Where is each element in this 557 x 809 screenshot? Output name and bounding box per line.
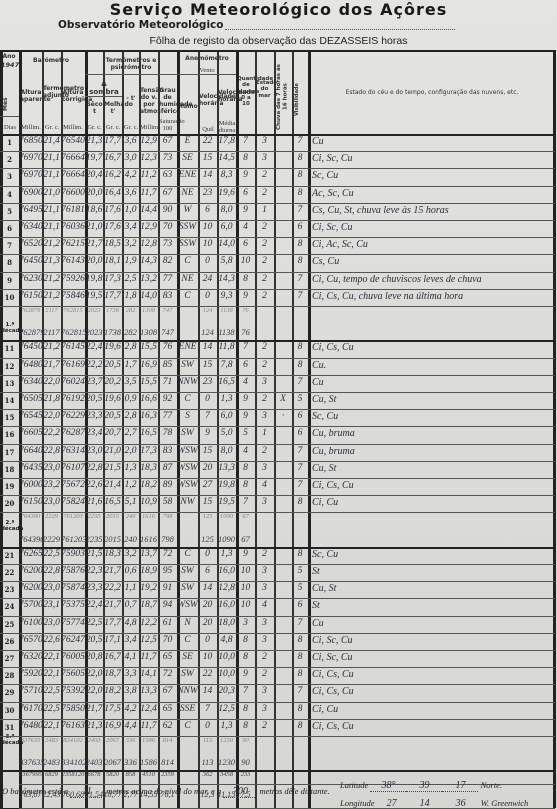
cell-term: 22,8 [42,566,61,576]
day-number: 10 [0,293,19,302]
cell-diff: 3,8 [122,686,139,696]
decade-sum: 1616 [139,534,158,544]
cell-nuv: 7 [236,686,255,696]
cell-molh: 20,7 [103,428,122,438]
decade-sum: 2403 [85,757,103,767]
cell-vel: 0 [198,291,217,301]
cell-nuv: 9 [236,170,255,180]
group-header-termometros: Termómetros e psicrómetro [86,58,176,72]
decade-sum-draft: 1738 [103,307,122,314]
cell-alt-ap: 76200 [19,583,42,593]
header-top-rule [0,50,555,52]
cell-seco: 18,6 [85,205,103,215]
sky-remark: Ci, Cs, Cu [312,721,354,732]
decade-sum-draft: 2117 [42,307,61,314]
cell-tensao: 13,7 [139,549,158,559]
cell-hum: 61 [158,618,177,628]
cell-vel: 6 [198,205,217,215]
decade-sum-draft: 837635 [19,737,42,744]
cell-vel2: 14,3 [217,274,236,284]
cell-alt-cor: 76600 [61,188,85,198]
day-number: 11 [0,344,19,353]
sky-remark: Cu, St [312,463,336,474]
cell-seco: 22,6 [85,480,103,490]
sky-remark: Ci, Ac, Sc, Cu [312,239,368,250]
cell-alt-cor: 75375 [61,600,85,610]
longitude-sec: 36 [443,798,479,809]
decade-sum-draft: 336 [122,737,139,744]
cell-vel: 7 [198,411,217,421]
cell-alt-cor: 75874 [61,583,85,593]
cell-molh: 17,7 [103,136,122,146]
cell-mar: 4 [255,480,274,490]
cell-hum: 78 [158,428,177,438]
decade-sum: 2117 [42,327,61,337]
decade-sum: 2229 [42,534,61,544]
cell-alt-ap: 76850 [19,136,42,146]
cell-alt-ap: 75920 [19,669,42,679]
decade-sum: 1090 [217,534,236,544]
cell-hum: 72 [158,549,177,559]
cell-vis: 8 [292,721,308,731]
cell-alt-cor: 76664 [61,153,85,163]
sky-remark: Ci, Cs, Cu [312,686,354,697]
decade-sum-draft: 762815 [61,307,85,314]
cell-diff: 2,8 [122,342,139,352]
observation-table: Ano 1947 Mês Dias Barómetro Altura apare… [0,50,557,766]
decade-sum: 2015 [103,534,122,544]
cell-nuv: 7 [236,342,255,352]
cell-diff: 3,5 [122,377,139,387]
cell-alt-ap: 76480 [19,721,42,731]
sky-remark: Cu, St [312,583,336,594]
month-total: 6678 [85,771,103,778]
cell-tensao: 12,5 [139,635,158,645]
cell-molh: 19,6 [103,394,122,404]
decade-sum-draft: 747 [158,307,177,314]
row-rule [0,667,555,668]
cell-nuv: 6 [236,360,255,370]
cell-diff: 3,4 [122,222,139,232]
sea-distance-field: 700 [223,786,257,798]
cell-tensao: 18,7 [139,600,158,610]
cell-seco: 21,3 [85,136,103,146]
cell-hum: 65 [158,652,177,662]
cell-mar: 2 [255,291,274,301]
cell-mar: 2 [255,394,274,404]
decade-sum: 240 [122,534,139,544]
col-header-visibilidade: Visibilidade [295,80,301,120]
day-number: 12 [0,362,19,371]
cell-term: 22,2 [42,428,61,438]
cell-diff: 2,5 [122,274,139,284]
cell-diff: 1,7 [122,360,139,370]
decade-sum-draft: 1230 [217,737,236,744]
cell-seco: 21,0 [85,222,103,232]
barometer-height-field: 11 [70,786,104,798]
decade-sum: 1138 [217,327,236,337]
cell-vel2: 5,8 [217,256,236,266]
latitude-min: 39 [406,780,442,792]
decade-sum-draft: 764390 [19,513,42,520]
cell-alt-ap: 75710 [19,686,42,696]
cell-term: 22,1 [42,652,61,662]
sky-remark: Cs, Cu [312,256,339,267]
cell-term: 23,1 [42,600,61,610]
cell-hum: 82 [158,256,177,266]
month-total: 5820 [103,771,122,778]
row-rule [0,220,555,221]
cell-mar: 2 [255,222,274,232]
day-number: 31 [0,723,19,732]
cell-alt-cor: 75876 [61,566,85,576]
sky-remark: Ci, Cu [312,497,338,508]
cell-mar: 1 [255,205,274,215]
day-number: 29 [0,688,19,697]
sky-remark: Cu [312,377,324,388]
decade-sum: 2023 [85,327,103,337]
decade-sum: 1586 [139,757,158,767]
cell-alt-cor: 76287 [61,428,85,438]
sky-remark: Sc, Cu [312,170,338,181]
cell-tensao: 12,3 [139,153,158,163]
cell-alt-cor: 76024 [61,377,85,387]
decade-sum-draft: 1616 [139,513,158,520]
cell-tensao: 16,9 [139,360,158,370]
cell-term: 22,5 [42,686,61,696]
month-total: 4510 [139,771,158,778]
row-rule [0,581,555,582]
cell-vis: 8 [292,170,308,180]
cell-vel: 20 [198,463,217,473]
row-rule [0,598,555,599]
row-rule [0,186,555,187]
cell-tensao: 12,9 [139,222,158,232]
sky-remark: Cs, Cu, St, chuva leve às 15 horas [312,205,449,216]
cell-seco: 20,4 [85,170,103,180]
decade-sum-draft: 113 [198,737,217,744]
cell-vis: 7 [292,274,308,284]
cell-hum: 73 [158,153,177,163]
cell-vel2: 13,3 [217,463,236,473]
decade-sum-draft: 76 [236,307,255,314]
cell-diff: 4,2 [122,170,139,180]
cell-rumo: SSW [177,239,198,249]
cell-tensao: 11,7 [139,721,158,731]
decade-sum: 814 [158,757,177,767]
month-total: 3458 [217,771,236,778]
col-header-velocidade: Velocidade horária [199,94,217,108]
cell-vel2: 1,3 [217,721,236,731]
observatory-name-blank [225,29,455,30]
row-rule [0,168,555,169]
cell-vel: 22 [198,136,217,146]
cell-vis: 7 [292,205,308,215]
cell-seco: 22,0 [85,686,103,696]
sky-remark: Cu, St [312,394,336,405]
sky-remark: Ci, Cu, tempo de chuviscos leves de chuv… [312,274,482,285]
decade-sum: 2483 [42,757,61,767]
cell-diff: 1,3 [122,463,139,473]
cell-nuv: 10 [236,600,255,610]
cell-alt-ap: 75700 [19,600,42,610]
cell-vel: 15 [198,446,217,456]
cell-molh: 21,7 [103,600,122,610]
cell-alt-ap: 76605 [19,428,42,438]
cell-hum: 72 [158,669,177,679]
cell-tensao: 14,3 [139,256,158,266]
cell-rumo: C [177,635,198,645]
cell-hum: 89 [158,480,177,490]
cell-diff: 3,3 [122,669,139,679]
cell-alt-ap: 76900 [19,188,42,198]
cell-rumo: WSW [177,446,198,456]
cell-vel2: 14,0 [217,239,236,249]
cell-tensao: 16,3 [139,411,158,421]
cell-tensao: 16,5 [139,428,158,438]
cell-rumo: NE [177,188,198,198]
decade-sum-draft: 2403 [85,737,103,744]
day-number: 6 [0,224,19,233]
decade-sum: 282 [122,327,139,337]
cell-rumo: SSW [177,222,198,232]
cell-seco: 21,7 [85,704,103,714]
cell-tensao: 11,2 [139,170,158,180]
unit-quil: Quil [199,126,217,133]
cell-hum: 77 [158,411,177,421]
cell-tensao: 13,3 [139,686,158,696]
cell-rumo: SW [177,360,198,370]
cell-molh: 18,5 [103,239,122,249]
day-number: 15 [0,413,19,422]
cell-diff: 0,7 [122,600,139,610]
cell-mar: 2 [255,256,274,266]
cell-vis: 8 [292,153,308,163]
cell-molh: 16,2 [103,170,122,180]
cell-seco: 22,5 [85,618,103,628]
decade-sum: 125 [198,534,217,544]
cell-mar: 3 [255,463,274,473]
unit-grc-2: Gr. c. [86,124,103,131]
group-header-anemometro: Anemómetro [178,56,236,63]
cell-hum: 85 [158,360,177,370]
cell-vis: 7 [292,618,308,628]
column-divider [274,50,276,808]
cell-term: 21,8 [42,394,61,404]
cell-vis: 7 [292,686,308,696]
cell-nuv: 9 [236,669,255,679]
cell-molh: 20,5 [103,411,122,421]
decade-sum-draft: 2067 [103,737,122,744]
cell-vel: 0 [198,256,217,266]
cell-alt-ap: 76435 [19,463,42,473]
decade-sum: 1308 [139,327,158,337]
cell-hum: 63 [158,170,177,180]
decade-sum-draft: 2023 [85,307,103,314]
cell-diff: 3,6 [122,188,139,198]
cell-alt-ap: 76505 [19,394,42,404]
row-rule [0,151,555,152]
row-rule [0,461,555,462]
decade-sum-draft: 2229 [42,513,61,520]
cell-hum: 73 [158,239,177,249]
header-vento-rule [177,74,236,75]
cell-alt-cor: 76247 [61,635,85,645]
cell-alt-ap: 76495 [19,205,42,215]
decade-label-2: 2.ª década [1,520,19,532]
cell-nuv: 9 [236,549,255,559]
cell-hum: 70 [158,222,177,232]
cell-rumo: SE [177,153,198,163]
cell-tensao: 18,2 [139,480,158,490]
cell-seco: 19,5 [85,291,103,301]
cell-term: 21,2 [42,274,61,284]
decade-sum: 761203 [61,534,85,544]
cell-alt-ap: 76000 [19,480,42,490]
cell-nuv: 8 [236,274,255,284]
cell-term: 21,4 [42,136,61,146]
sky-remark: Ci, Cs, Cu [312,480,354,491]
cell-seco: 21,7 [85,239,103,249]
cell-vis: 8 [292,497,308,507]
cell-vel2: 6,0 [217,411,236,421]
cell-tensao: 15,5 [139,377,158,387]
cell-diff: 5,1 [122,497,139,507]
cell-vel2: 16,0 [217,566,236,576]
cell-vel: 0 [198,394,217,404]
sky-remark: Cu, bruma [312,446,355,457]
cell-vel: 0 [198,549,217,559]
cell-vel2: 18,0 [217,618,236,628]
cell-diff: 4,4 [122,721,139,731]
cell-alt-ap: 76340 [19,222,42,232]
col-header-mes: Mês [3,94,10,114]
cell-diff: 4,8 [122,618,139,628]
cell-alt-cor: 76143 [61,256,85,266]
row-rule [0,684,555,685]
col-header-humidade: Grau de humidade [159,88,176,109]
cell-rumo: SSE [177,704,198,714]
cell-vis: 6 [292,222,308,232]
cell-tensao: 19,2 [139,583,158,593]
unit-millim-3: Millim. [140,124,158,131]
cell-alt-ap: 76545 [19,411,42,421]
cell-alt-cor: 76192 [61,394,85,404]
cell-rumo: C [177,721,198,731]
cell-vis: 8 [292,635,308,645]
day-number: 24 [0,602,19,611]
row-rule [0,426,555,427]
cell-vis: 7 [292,291,308,301]
cell-nuv: 9 [236,411,255,421]
cell-alt-cor: 76314 [61,446,85,456]
cell-nuv: 6 [236,188,255,198]
row-rule [0,203,555,204]
day-number: 13 [0,379,19,388]
cell-mar: 3 [255,704,274,714]
decade-sum-draft: 125 [198,513,217,520]
cell-tensao: 14,1 [139,669,158,679]
cell-rumo: C [177,394,198,404]
cell-vel: 20 [198,618,217,628]
decade-sum-draft: 762879 [19,307,42,314]
cell-alt-cor: 76664 [61,170,85,180]
cell-nuv: 9 [236,205,255,215]
group-header-barometro: Barómetro [20,58,82,65]
cell-vel2: 8,0 [217,446,236,456]
cell-nuv: 8 [236,635,255,645]
cell-alt-ap: 76170 [19,704,42,714]
cell-vis: 6 [292,428,308,438]
cell-rumo: W [177,205,198,215]
row-rule [0,719,555,720]
cell-diff: 1,8 [122,291,139,301]
day-number: 17 [0,448,19,457]
cell-alt-cor: 76169 [61,360,85,370]
cell-nuv: 4 [236,446,255,456]
month-total: 2359 [158,771,177,778]
longitude-label: Longitude [340,798,374,808]
cell-seco: 20,0 [85,188,103,198]
cell-alt-ap: 76970 [19,153,42,163]
row-rule [0,444,555,445]
cell-seco: 23,3 [85,583,103,593]
cell-hum: 87 [158,463,177,473]
cell-seco: 20,5 [85,635,103,645]
decade-sum-draft: 798 [158,513,177,520]
cell-tensao: 12,8 [139,239,158,249]
cell-rumo: SW [177,566,198,576]
cell-vel2: 14,5 [217,153,236,163]
cell-alt-ap: 76100 [19,618,42,628]
col-header-estado-mar: Estado do mar [256,80,273,99]
cell-vel: 15 [198,497,217,507]
sky-remark: Cu [312,618,324,629]
latitude-sec: 17 [442,780,478,792]
cell-diff: 3,2 [122,239,139,249]
col-header-nuvens: Quantidade de nuvens 0 a 10 [237,76,255,108]
decade-label-1: 1.ª década [1,322,19,334]
cell-alt-ap: 76570 [19,635,42,645]
cell-alt-cor: 76145 [61,342,85,352]
cell-rumo: ENE [177,342,198,352]
cell-alt-cor: 76540 [61,136,85,146]
sky-remark: Sc, Cu [312,411,338,422]
decade-sum-draft: 282 [122,307,139,314]
cell-nuv: 9 [236,394,255,404]
day-number: 18 [0,465,19,474]
cell-term: 22,6 [42,635,61,645]
barometer-suffix: metros dêle distante. [259,786,329,796]
cell-hum: 95 [158,566,177,576]
decade-sum-draft: 2235 [85,513,103,520]
row-rule [0,272,555,273]
cell-vis: 8 [292,342,308,352]
month-total: 2367995 [19,771,42,778]
cell-term: 21,1 [42,222,61,232]
cell-vel2: 16,5 [217,377,236,387]
cell-rumo: WSW [177,600,198,610]
row-rule [0,650,555,651]
cell-alt-cor: 75392 [61,686,85,696]
cell-hum: 67 [158,136,177,146]
cell-molh: 21,4 [103,480,122,490]
cell-molh: 17,6 [103,222,122,232]
cell-hum: 67 [158,686,177,696]
cell-alt-ap: 76970 [19,170,42,180]
cell-molh: 18,2 [103,686,122,696]
row-rule [0,564,555,565]
